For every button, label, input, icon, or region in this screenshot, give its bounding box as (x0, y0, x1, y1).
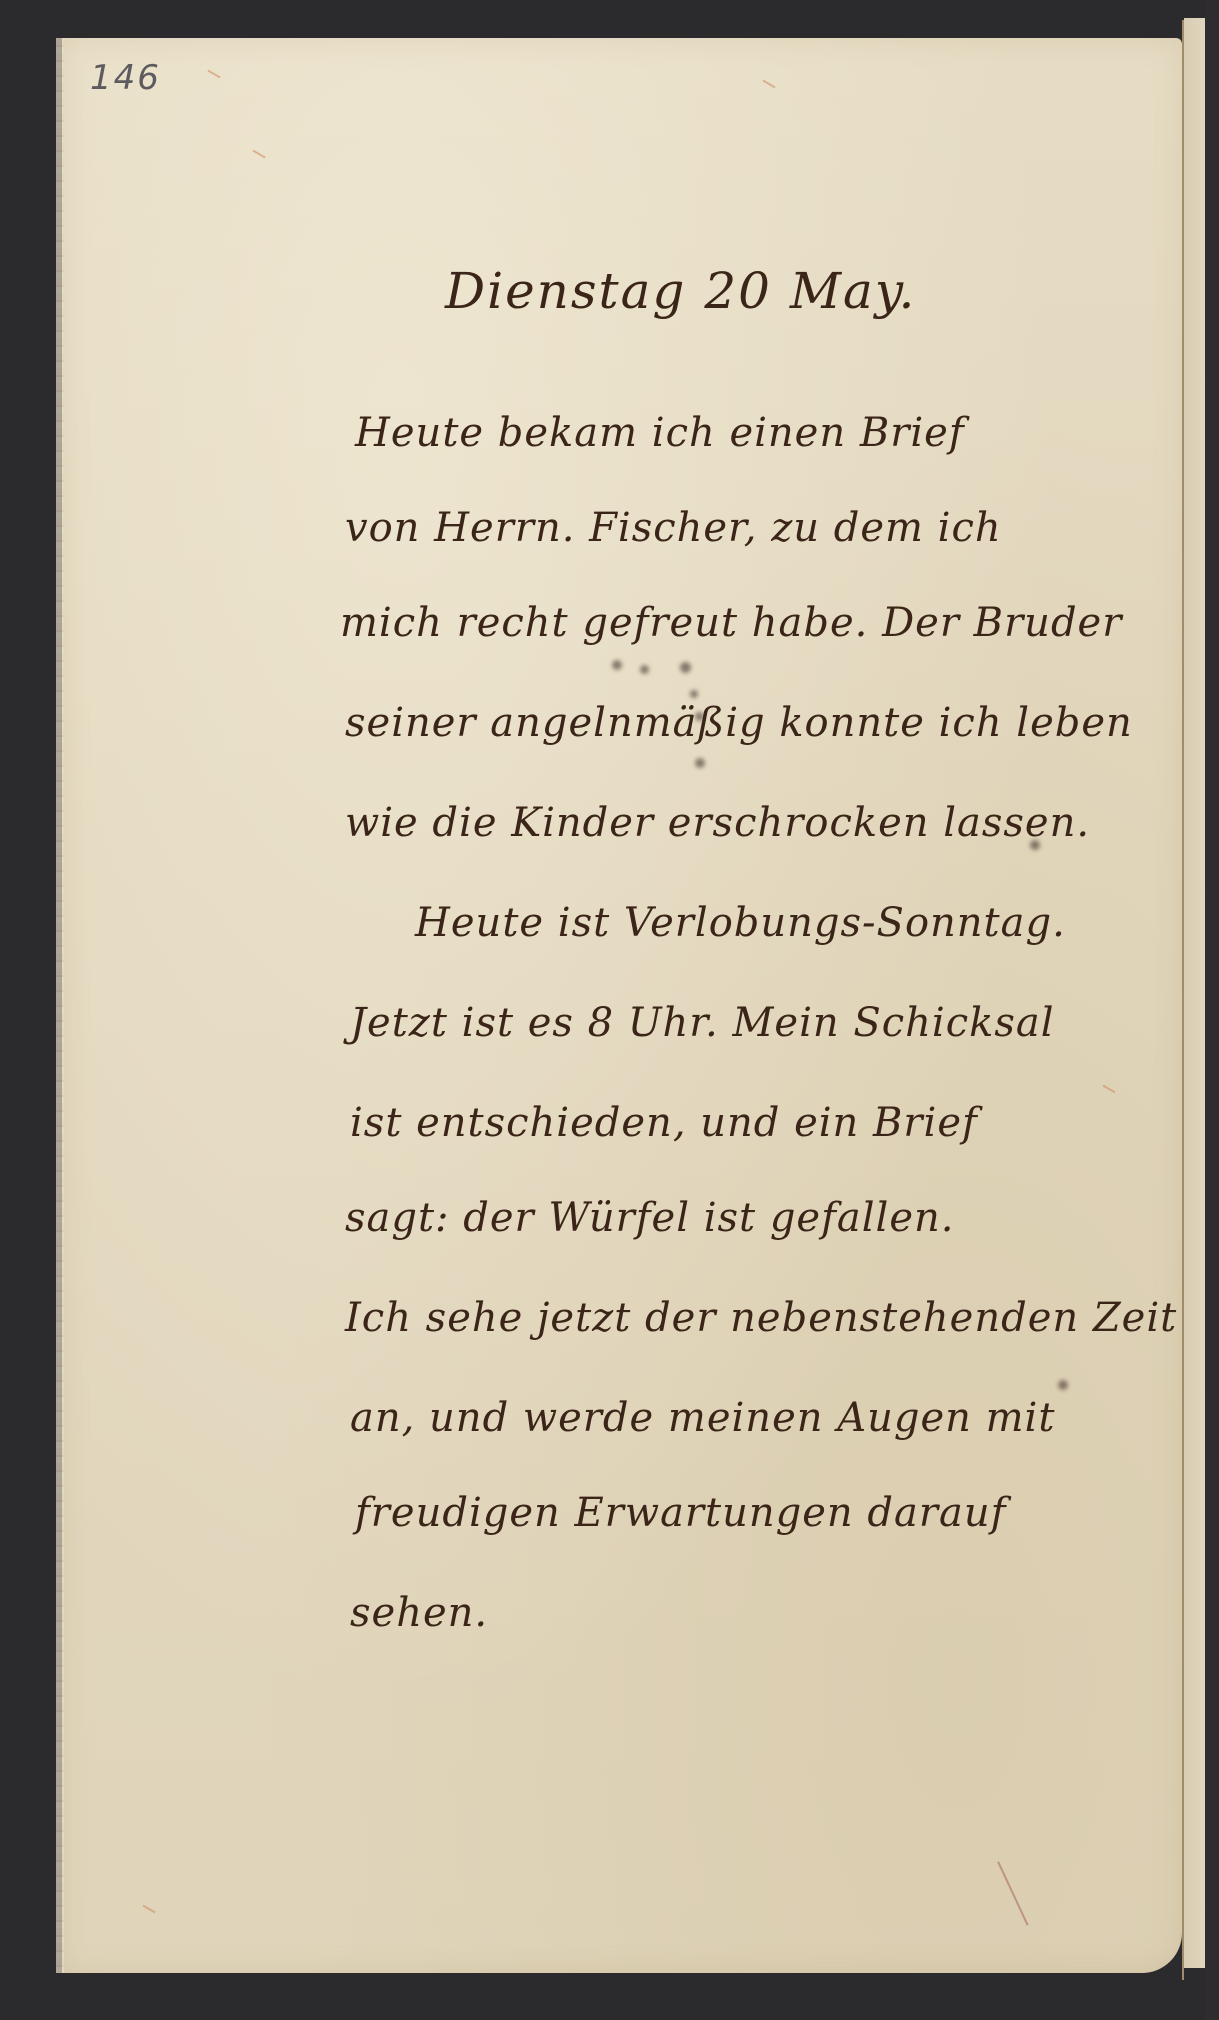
manuscript-line: sagt: der Würfel ist gefallen. (345, 1195, 955, 1241)
ink-spot (695, 758, 705, 768)
ink-spot (640, 665, 649, 674)
manuscript-line: freudigen Erwartungen darauf (355, 1490, 1006, 1536)
manuscript-line: sehen. (350, 1590, 488, 1636)
binding-fold (1182, 20, 1184, 1980)
ink-spot (1030, 840, 1040, 850)
manuscript-line: Jetzt ist es 8 Uhr. Mein Schicksal (350, 1000, 1055, 1046)
manuscript-line: von Herrn. Fischer, zu dem ich (345, 505, 1002, 551)
manuscript-line: Heute ist Verlobungs-Sonntag. (415, 900, 1066, 946)
paper-fiber (762, 80, 775, 89)
folio-number: 146 (90, 58, 161, 98)
ink-spot (690, 690, 698, 698)
ink-spot (1058, 1380, 1068, 1390)
ink-spot (612, 660, 622, 670)
manuscript-line: seiner angelnmäßig konnte ich leben (345, 700, 1133, 746)
paper-fiber (252, 150, 265, 159)
ink-spot (695, 712, 704, 721)
ink-spot (680, 662, 691, 673)
manuscript-line: Ich sehe jetzt der nebenstehenden Zeit (345, 1295, 1177, 1341)
entry-date-heading: Dienstag 20 May. (445, 262, 916, 320)
paper-fiber (142, 1905, 155, 1914)
manuscript-line: Heute bekam ich einen Brief (355, 410, 965, 456)
manuscript-line: ist entschieden, und ein Brief (350, 1100, 978, 1146)
manuscript-scan: 146 Dienstag 20 May. Heute bekam ich ein… (0, 0, 1219, 2020)
paper-fiber (207, 70, 220, 79)
paper-fiber (1102, 1085, 1115, 1094)
manuscript-line: an, und werde meinen Augen mit (350, 1395, 1055, 1441)
manuscript-line: wie die Kinder erschrocken lassen. (345, 800, 1090, 846)
manuscript-line: mich recht gefreut habe. Der Bruder (340, 600, 1122, 646)
spine-edge (1205, 0, 1219, 2020)
